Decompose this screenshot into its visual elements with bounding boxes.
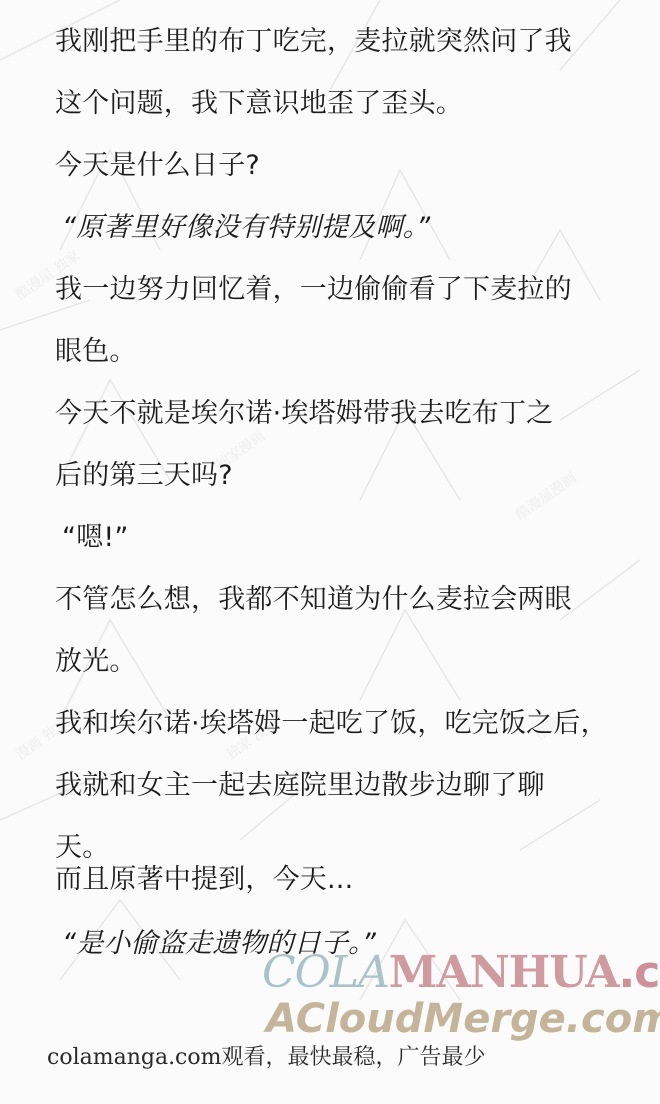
watermark-dotcom: .com bbox=[619, 947, 660, 998]
quote-line-4: “原著里好像没有特别提及啊。” bbox=[62, 212, 430, 244]
watermark-cola: COLA bbox=[262, 947, 389, 998]
svg-text:酷漫屋漫画: 酷漫屋漫画 bbox=[513, 470, 580, 523]
text-line-13: 我就和女主一起去庭院里边散步边聊了聊 bbox=[55, 770, 545, 802]
text-line-8: 后的第三天吗? bbox=[55, 460, 233, 492]
text-line-11: 放光。 bbox=[55, 646, 137, 678]
text-line-5: 我一边努力回忆着，一边偷偷看了下麦拉的 bbox=[55, 274, 572, 306]
acloudmerge-watermark: ACloudMerge.com bbox=[266, 996, 660, 1042]
footer-site-notice: colamanga.com观看，最快最稳，广告最少 bbox=[47, 1044, 486, 1072]
text-line-14: 天。 bbox=[55, 832, 109, 864]
text-line-15: 而且原著中提到，今天... bbox=[55, 864, 353, 896]
text-line-7: 今天不就是埃尔诺·埃塔姆带我去吃布丁之 bbox=[55, 398, 553, 430]
text-line-3: 今天是什么日子? bbox=[55, 150, 260, 182]
text-line-10: 不管怎么想，我都不知道为什么麦拉会两眼 bbox=[55, 584, 572, 616]
colamanhua-watermark: COLAMANHUA.com bbox=[262, 948, 660, 998]
watermark-manhua: MANHUA bbox=[389, 947, 619, 998]
quote-line-9: “嗯!” bbox=[62, 522, 129, 554]
text-line-1: 我刚把手里的布丁吃完，麦拉就突然问了我 bbox=[55, 26, 572, 58]
text-line-2: 这个问题，我下意识地歪了歪头。 bbox=[55, 88, 463, 120]
text-line-6: 眼色。 bbox=[55, 336, 137, 368]
text-line-12: 我和埃尔诺·埃塔姆一起吃了饭，吃完饭之后， bbox=[55, 708, 608, 740]
